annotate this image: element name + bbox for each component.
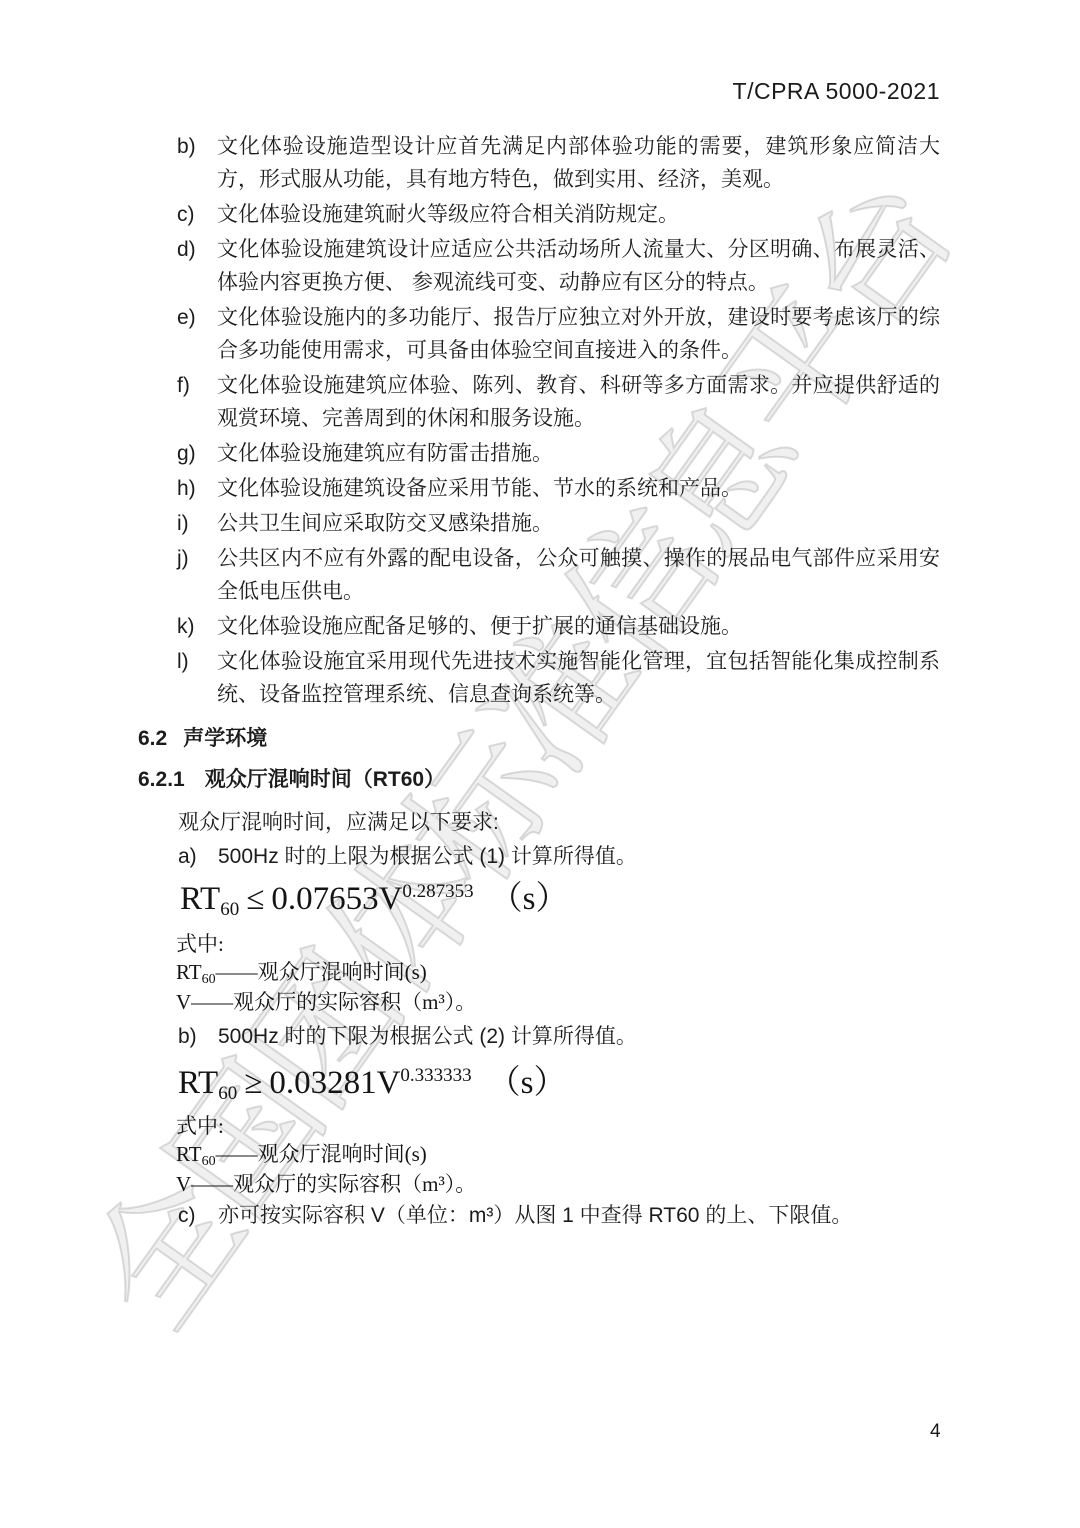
list-item-text: 公共卫生间应采取防交叉感染措施。 bbox=[217, 507, 940, 540]
section-heading-6-2-1: 6.2.1观众厅混响时间（RT60） bbox=[138, 763, 445, 793]
formula-base: RT bbox=[180, 881, 220, 917]
definition-symbol: RT bbox=[176, 960, 202, 984]
formula-coefficient: 0.03281V bbox=[269, 1065, 400, 1101]
list-item: i) 公共卫生间应采取防交叉感染措施。 bbox=[177, 507, 940, 540]
formula-subscript: 60 bbox=[218, 1083, 237, 1104]
list-item-text: 文化体验设施建筑设备应采用节能、节水的系统和产品。 bbox=[217, 472, 940, 505]
page-number: 4 bbox=[930, 1421, 941, 1443]
formula-unit: （s） bbox=[488, 1065, 567, 1101]
list-item-text: 文化体验设施宜采用现代先进技术实施智能化管理，宜包括智能化集成控制系统、设备监控… bbox=[217, 645, 940, 711]
definition-subscript: 60 bbox=[202, 1154, 216, 1169]
list-item-text: 文化体验设施建筑耐火等级应符合相关消防规定。 bbox=[217, 198, 940, 231]
section-number: 6.2 bbox=[138, 727, 167, 750]
definition-text: ——观众厅混响时间(s) bbox=[216, 960, 427, 984]
list-item-label: f) bbox=[177, 369, 217, 435]
formula-relation: ≥ bbox=[244, 1065, 262, 1101]
list-item-label: l) bbox=[177, 645, 217, 711]
list-item-label: b) bbox=[178, 1020, 218, 1053]
list-item-text: 文化体验设施应配备足够的、便于扩展的通信基础设施。 bbox=[217, 610, 940, 643]
formula-2: RT60≥0.03281V0.333333（s） bbox=[178, 1056, 567, 1105]
section-title: 声学环境 bbox=[183, 727, 267, 750]
formula-base: RT bbox=[178, 1065, 218, 1101]
clause-list: b) 文化体验设施造型设计应首先满足内部体验功能的需要，建筑形象应简洁大方，形式… bbox=[177, 130, 940, 713]
where-label: 式中: bbox=[176, 1110, 224, 1140]
list-item: f) 文化体验设施建筑应体验、陈列、教育、科研等多方面需求。并应提供舒适的观赏环… bbox=[177, 369, 940, 435]
list-item-label: k) bbox=[177, 610, 217, 643]
list-item-text: 500Hz 时的上限为根据公式 (1) 计算所得值。 bbox=[218, 840, 941, 873]
where-label: 式中: bbox=[176, 928, 224, 958]
list-item-label: c) bbox=[178, 1199, 218, 1232]
definition-v: V——观众厅的实际容积（m³）。 bbox=[176, 986, 476, 1016]
list-item: j) 公共区内不应有外露的配电设备，公众可触摸、操作的展品电气部件应采用安全低电… bbox=[177, 542, 940, 608]
list-item: c) 文化体验设施建筑耐火等级应符合相关消防规定。 bbox=[177, 198, 940, 231]
list-item: d) 文化体验设施建筑设计应适应公共活动场所人流量大、分区明确、布展灵活、体验内… bbox=[177, 233, 940, 299]
formula-exponent: 0.287353 bbox=[402, 881, 473, 902]
definition-symbol: RT bbox=[176, 1142, 202, 1166]
intro-paragraph: 观众厅混响时间，应满足以下要求: bbox=[178, 806, 499, 836]
section-heading-6-2: 6.2声学环境 bbox=[138, 722, 267, 752]
list-item-text: 亦可按实际容积 V（单位：m³）从图 1 中查得 RT60 的上、下限值。 bbox=[218, 1199, 941, 1232]
list-item: l) 文化体验设施宜采用现代先进技术实施智能化管理，宜包括智能化集成控制系统、设… bbox=[177, 645, 940, 711]
list-item-label: i) bbox=[177, 507, 217, 540]
definition-rt60: RT60——观众厅混响时间(s) bbox=[176, 1138, 427, 1170]
formula-1: RT60≤0.07653V0.287353（s） bbox=[180, 872, 569, 921]
list-item-a: a) 500Hz 时的上限为根据公式 (1) 计算所得值。 bbox=[178, 840, 941, 873]
list-item-text: 文化体验设施内的多功能厅、报告厅应独立对外开放，建设时要考虑该厅的综合多功能使用… bbox=[217, 301, 940, 367]
list-item-label: e) bbox=[177, 301, 217, 367]
definition-v: V——观众厅的实际容积（m³）。 bbox=[176, 1168, 476, 1198]
list-item-b: b) 500Hz 时的下限为根据公式 (2) 计算所得值。 bbox=[178, 1020, 941, 1053]
list-item-text: 文化体验设施建筑应有防雷击措施。 bbox=[217, 437, 940, 470]
list-item: k) 文化体验设施应配备足够的、便于扩展的通信基础设施。 bbox=[177, 610, 940, 643]
list-item-text: 文化体验设施建筑应体验、陈列、教育、科研等多方面需求。并应提供舒适的观赏环境、完… bbox=[217, 369, 940, 435]
definition-subscript: 60 bbox=[202, 972, 216, 987]
list-item: e) 文化体验设施内的多功能厅、报告厅应独立对外开放，建设时要考虑该厅的综合多功… bbox=[177, 301, 940, 367]
list-item-label: c) bbox=[177, 198, 217, 231]
definition-text: ——观众厅混响时间(s) bbox=[216, 1142, 427, 1166]
list-item: g) 文化体验设施建筑应有防雷击措施。 bbox=[177, 437, 940, 470]
list-item: b) 文化体验设施造型设计应首先满足内部体验功能的需要，建筑形象应简洁大方，形式… bbox=[177, 130, 940, 196]
list-item-label: d) bbox=[177, 233, 217, 299]
list-item-label: h) bbox=[177, 472, 217, 505]
list-item-text: 文化体验设施建筑设计应适应公共活动场所人流量大、分区明确、布展灵活、体验内容更换… bbox=[217, 233, 940, 299]
formula-relation: ≤ bbox=[246, 881, 264, 917]
section-title: 观众厅混响时间（RT60） bbox=[205, 768, 445, 791]
standard-document-page: 全国团体标准信息平台 T/CPRA 5000-2021 b) 文化体验设施造型设… bbox=[0, 0, 1080, 1528]
formula-coefficient: 0.07653V bbox=[271, 881, 402, 917]
list-item-c: c) 亦可按实际容积 V（单位：m³）从图 1 中查得 RT60 的上、下限值。 bbox=[178, 1199, 941, 1232]
list-item-text: 500Hz 时的下限为根据公式 (2) 计算所得值。 bbox=[218, 1020, 941, 1053]
list-item-label: b) bbox=[177, 130, 217, 196]
formula-exponent: 0.333333 bbox=[400, 1065, 471, 1086]
document-code-header: T/CPRA 5000-2021 bbox=[733, 78, 940, 105]
formula-unit: （s） bbox=[490, 881, 569, 917]
list-item-label: a) bbox=[178, 840, 218, 873]
list-item-label: j) bbox=[177, 542, 217, 608]
definition-rt60: RT60——观众厅混响时间(s) bbox=[176, 956, 427, 988]
list-item-text: 文化体验设施造型设计应首先满足内部体验功能的需要，建筑形象应简洁大方，形式服从功… bbox=[217, 130, 940, 196]
list-item-text: 公共区内不应有外露的配电设备，公众可触摸、操作的展品电气部件应采用安全低电压供电… bbox=[217, 542, 940, 608]
list-item: h) 文化体验设施建筑设备应采用节能、节水的系统和产品。 bbox=[177, 472, 940, 505]
section-number: 6.2.1 bbox=[138, 768, 185, 791]
formula-subscript: 60 bbox=[220, 899, 239, 920]
list-item-label: g) bbox=[177, 437, 217, 470]
